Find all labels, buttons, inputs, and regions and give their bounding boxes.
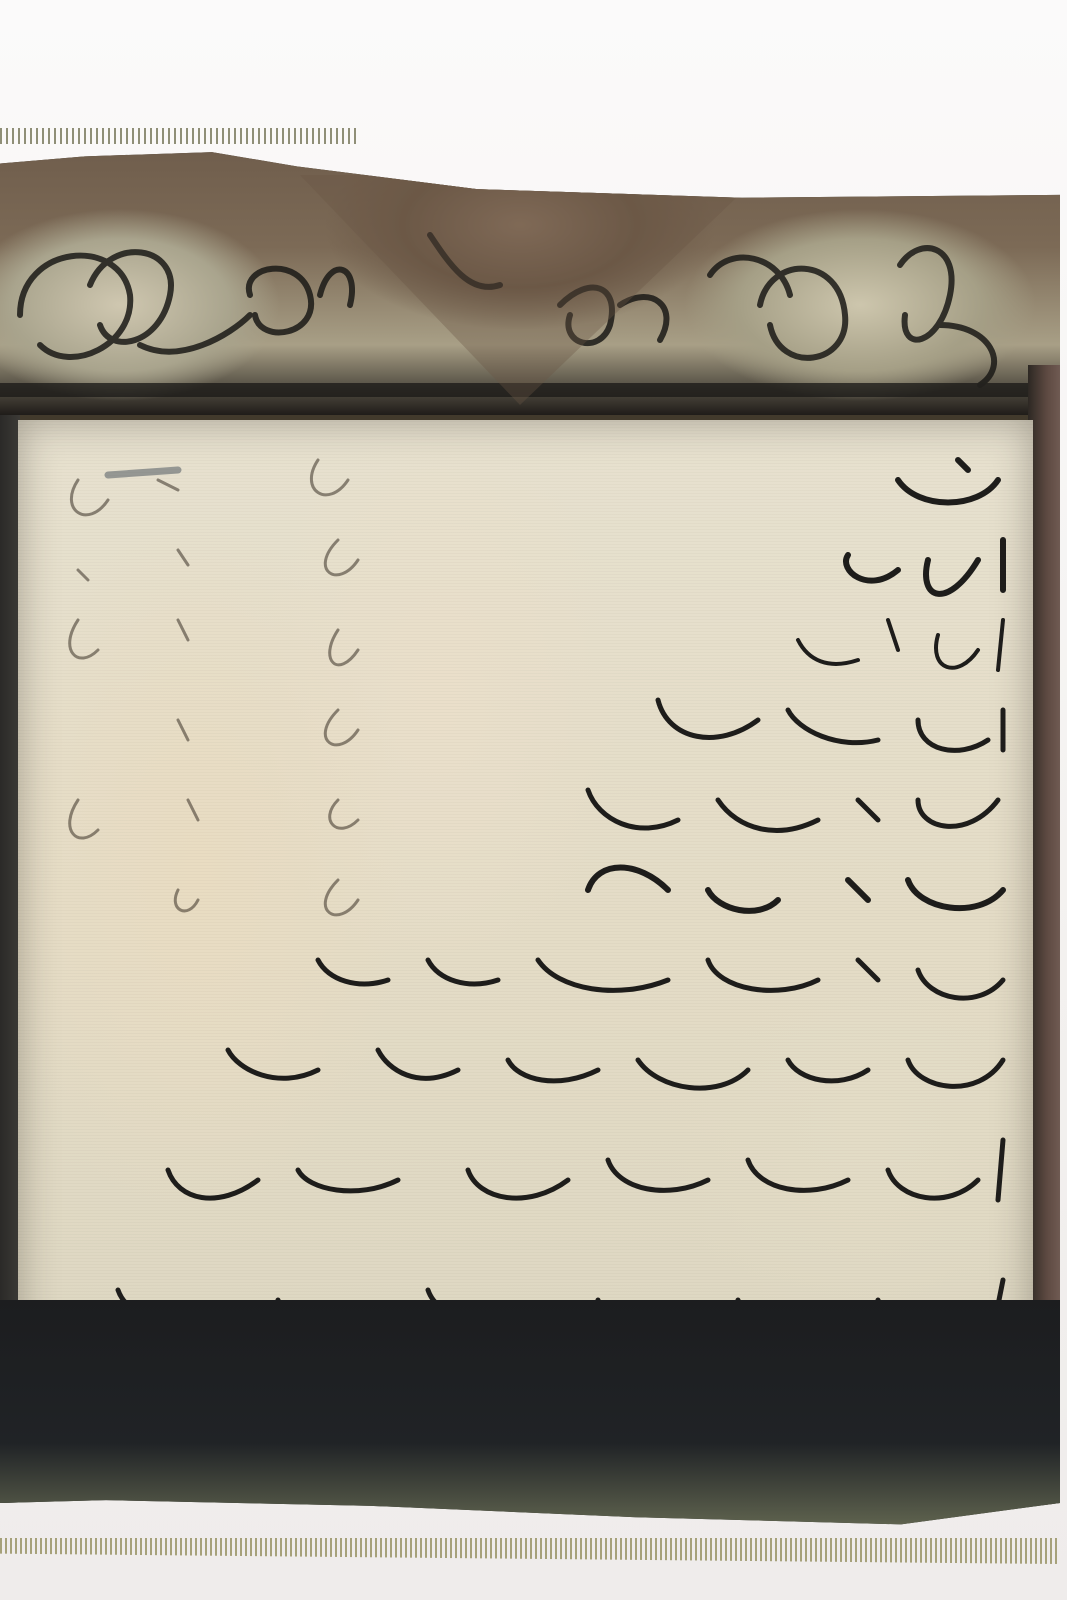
top-fringe bbox=[0, 128, 360, 144]
fabric-artwork bbox=[0, 135, 1060, 1560]
floral-ornament bbox=[0, 175, 1060, 415]
